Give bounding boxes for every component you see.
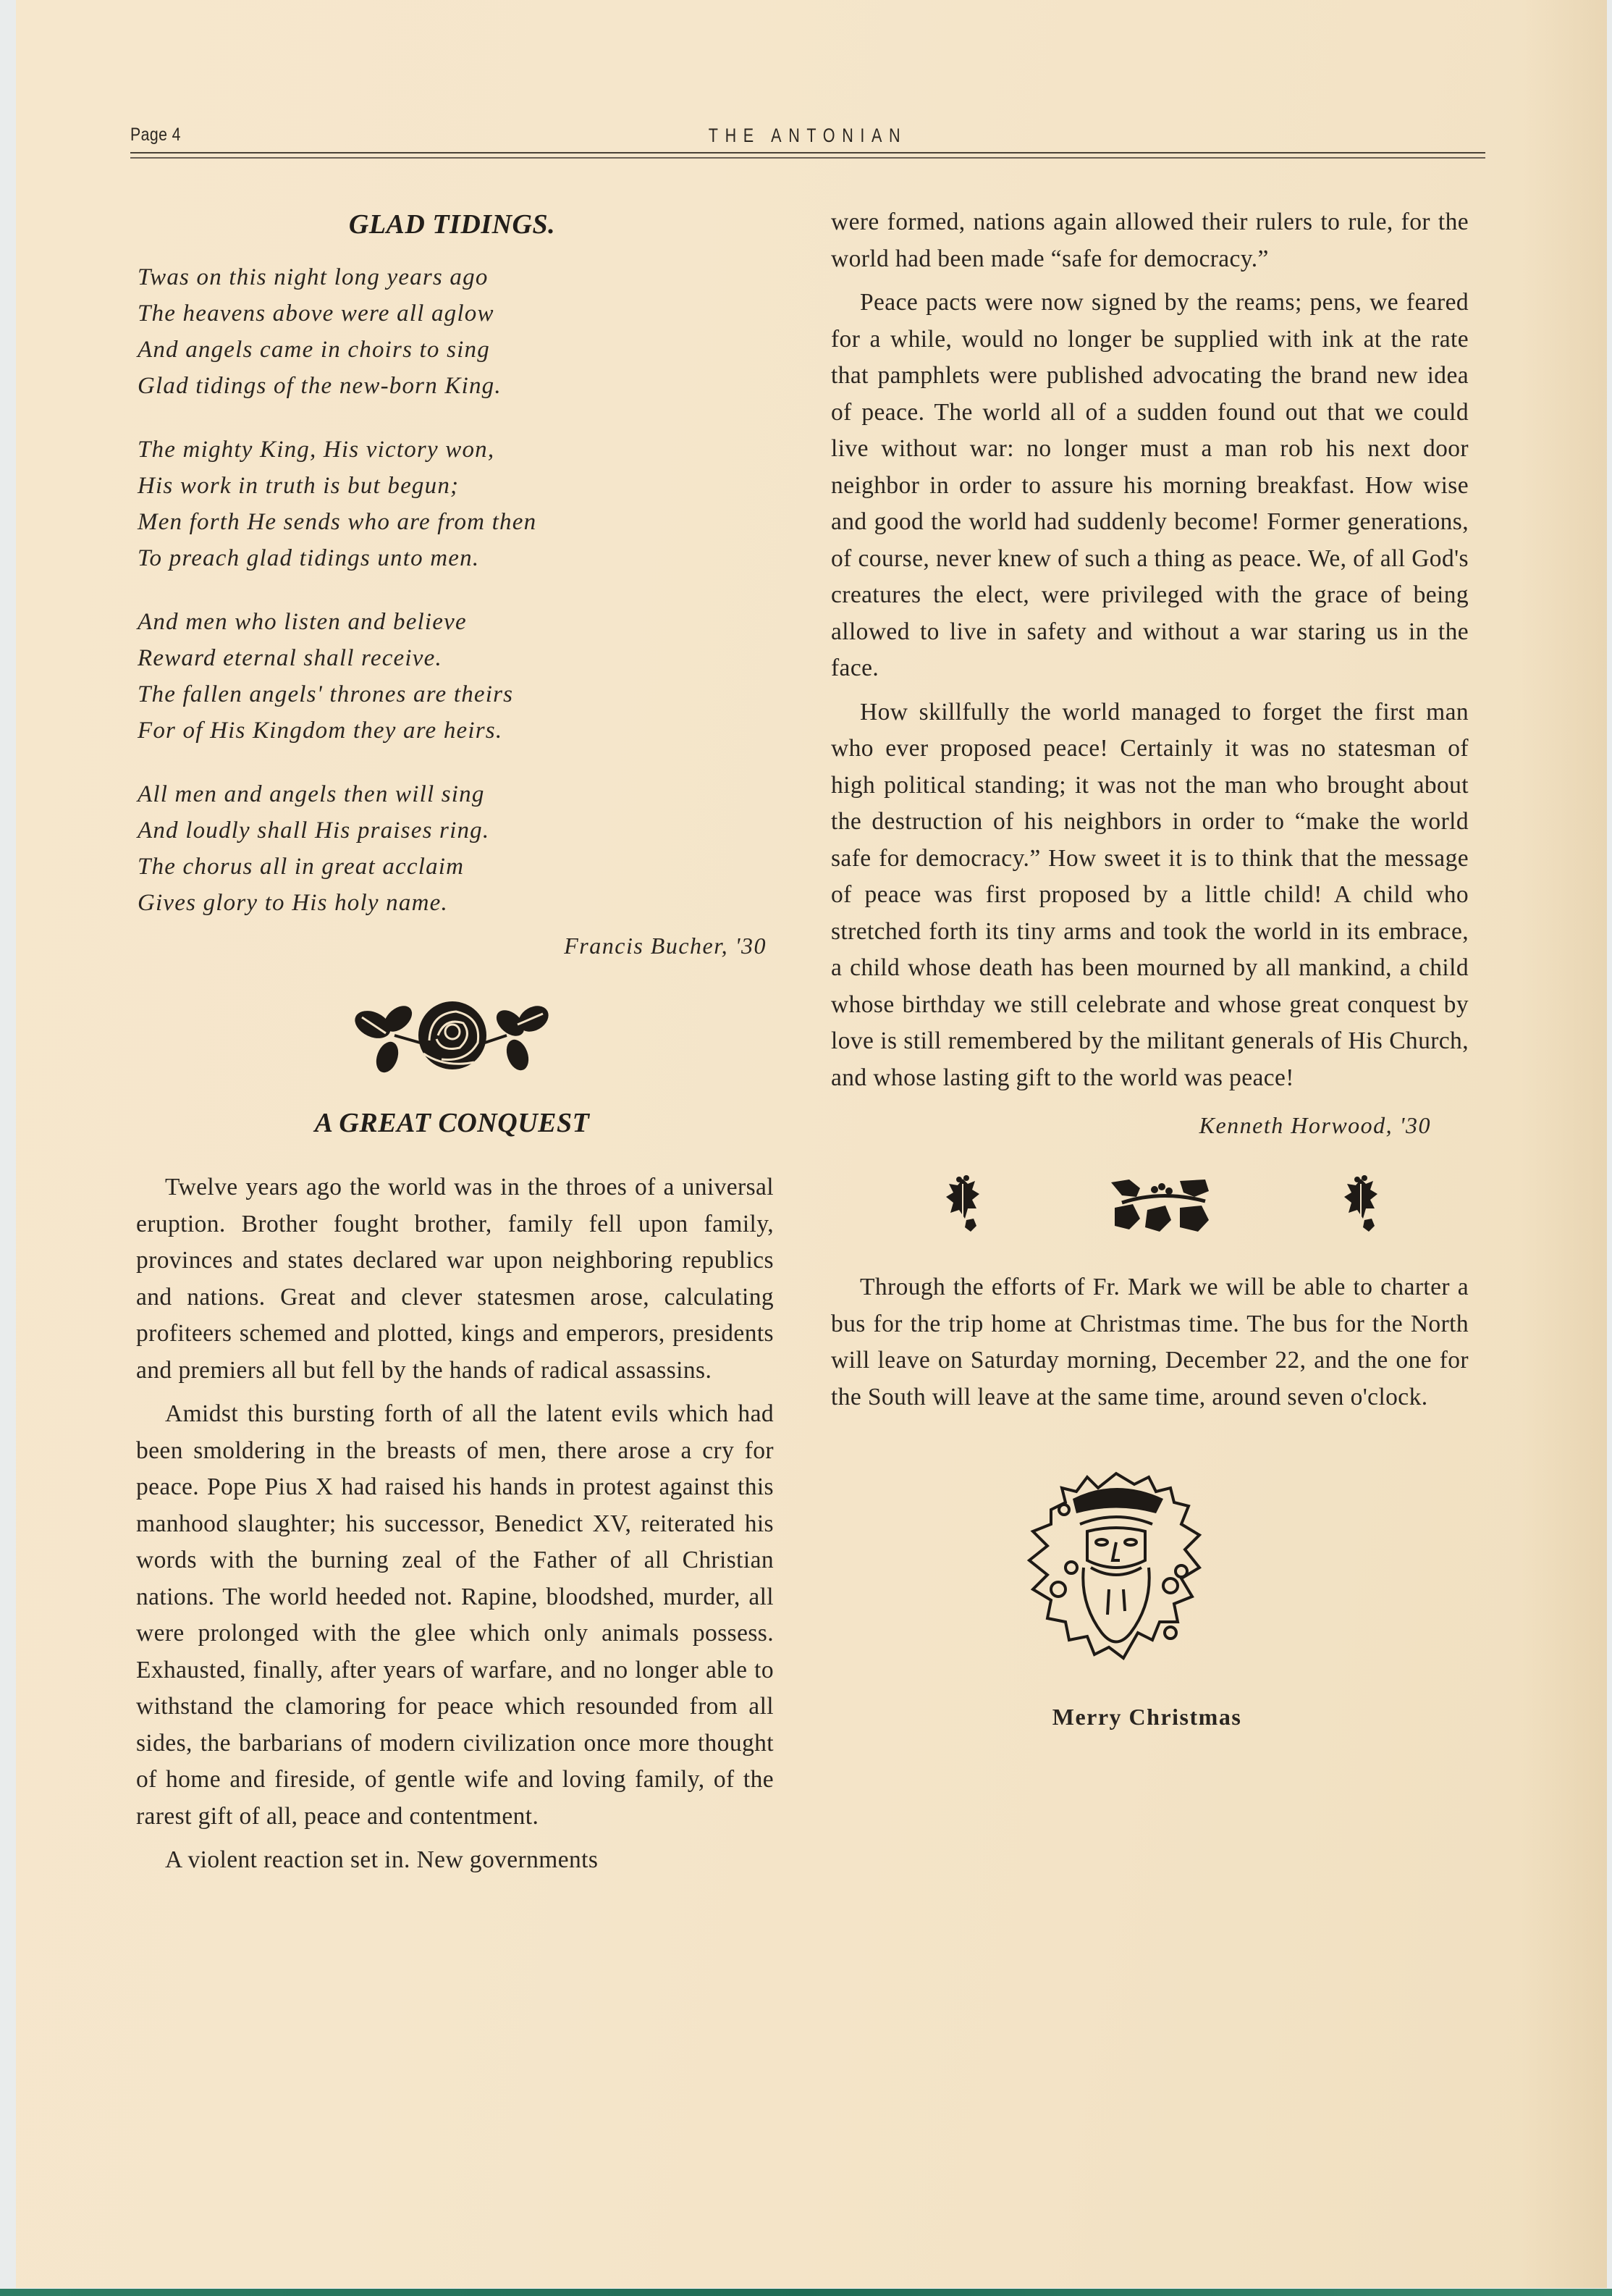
poem-line: Reward eternal shall receive. [138, 640, 780, 676]
page-number: Page 4 [130, 125, 181, 146]
poem-line: And loudly shall His praises ring. [138, 812, 780, 849]
poem-author: Francis Bucher, '30 [125, 933, 767, 959]
page-header: Page 4 THE ANTONIAN [130, 125, 1485, 154]
poem-line: The chorus all in great acclaim [138, 849, 780, 885]
newspaper-page: Page 4 THE ANTONIAN GLAD TIDINGS. Twas o… [16, 0, 1607, 2288]
poem-line: For of His Kingdom they are heirs. [138, 712, 780, 749]
poem-line: The fallen angels' thrones are theirs [138, 676, 780, 712]
poem-line: The heavens above were all aglow [138, 295, 780, 332]
bus-notice: Through the efforts of Fr. Mark we will … [819, 1269, 1474, 1416]
poem-line: The mighty King, His victory won, [138, 432, 780, 468]
poem-line: His work in truth is but begun; [138, 468, 780, 504]
article-author: Kenneth Horwood, '30 [819, 1112, 1431, 1139]
right-column: were formed, nations again allowed their… [819, 195, 1474, 1731]
article-body-left: Twelve years ago the world was in the th… [125, 1169, 780, 1879]
poem-stanza: Twas on this night long years ago The he… [138, 259, 780, 404]
poem-line: And men who listen and believe [138, 604, 780, 640]
holly-leaf-icon [945, 1175, 981, 1233]
holly-berries-icon [1107, 1175, 1216, 1233]
article-paragraph: were formed, nations again allowed their… [819, 204, 1474, 277]
poem-title: GLAD TIDINGS. [125, 209, 780, 240]
poem-stanza: All men and angels then will sing And lo… [138, 776, 780, 921]
merry-christmas-caption: Merry Christmas [819, 1704, 1474, 1731]
article-paragraph: Amidst this bursting forth of all the la… [125, 1396, 780, 1835]
poem-body: Twas on this night long years ago The he… [138, 259, 780, 921]
poem-line: And angels came in choirs to sing [138, 332, 780, 368]
notice-paragraph: Through the efforts of Fr. Mark we will … [819, 1269, 1474, 1416]
poem-stanza: The mighty King, His victory won, His wo… [138, 432, 780, 576]
header-rule [130, 152, 1485, 159]
article-paragraph: A violent reaction set in. New governmen… [125, 1842, 780, 1879]
article-paragraph: Peace pacts were now signed by the reams… [819, 285, 1474, 687]
article-paragraph: Twelve years ago the world was in the th… [125, 1169, 780, 1389]
poem-line: All men and angels then will sing [138, 776, 780, 812]
rose-ornament-icon [344, 996, 561, 1075]
poem-line: Gives glory to His holy name. [138, 885, 780, 921]
poem-line: Men forth He sends who are from then [138, 504, 780, 540]
poem-line: Glad tidings of the new-born King. [138, 368, 780, 404]
publication-title: THE ANTONIAN [266, 125, 1350, 147]
left-column: GLAD TIDINGS. Twas on this night long ye… [125, 195, 780, 1886]
scanner-edge [0, 2289, 1612, 2296]
holly-ornament-row [916, 1175, 1379, 1233]
santa-claus-icon [1008, 1459, 1225, 1676]
article-body-right: were formed, nations again allowed their… [819, 204, 1474, 1096]
poem-line: Twas on this night long years ago [138, 259, 780, 295]
poem-line: To preach glad tidings unto men. [138, 540, 780, 576]
article-title: A GREAT CONQUEST [125, 1107, 780, 1139]
poem-stanza: And men who listen and believe Reward et… [138, 604, 780, 749]
holly-leaf-icon [1343, 1175, 1379, 1233]
article-paragraph: How skillfully the world managed to forg… [819, 694, 1474, 1097]
